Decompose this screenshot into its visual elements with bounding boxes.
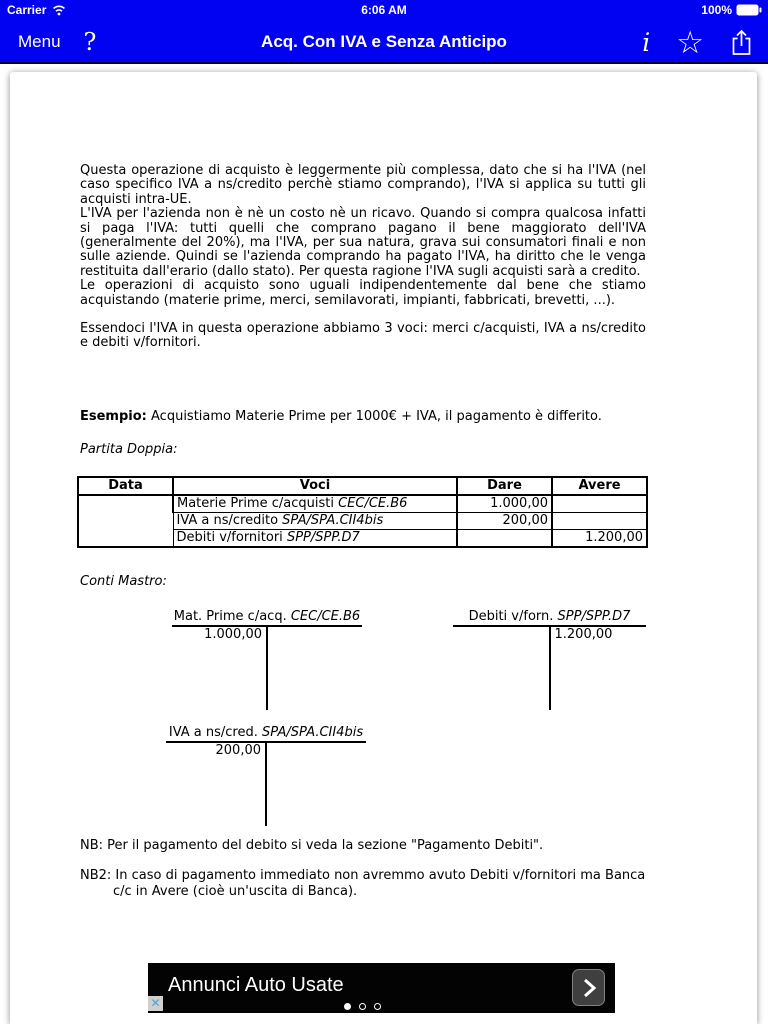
t-account-line (549, 627, 551, 710)
t-account-title: Mat. Prime c/acq. CEC/CE.B6 (172, 609, 362, 627)
t-account-avere-value: 1.200,00 (555, 628, 613, 642)
battery-icon (736, 4, 762, 16)
body-paragraph: Essendoci l'IVA in questa operazione abb… (80, 322, 646, 351)
avere-cell (552, 495, 647, 513)
t-account-dare-value: 1.000,00 (204, 628, 262, 642)
t-account-line (266, 627, 268, 710)
ad-close-button[interactable]: ✕ (148, 996, 163, 1011)
ad-title[interactable]: Annunci Auto Usate (168, 974, 344, 997)
conti-mastro-section: Mat. Prime c/acq. CEC/CE.B6 1.000,00 Deb… (80, 609, 646, 824)
col-header-avere: Avere (552, 477, 647, 495)
share-icon[interactable] (730, 29, 753, 56)
carousel-dot (374, 1003, 381, 1010)
document-content: Questa operazione di acquisto è leggerme… (80, 164, 646, 899)
ad-banner[interactable]: Annunci Auto Usate ✕ (148, 963, 615, 1013)
carousel-dot-active (344, 1003, 351, 1010)
col-header-dare: Dare (457, 477, 552, 495)
ad-next-button[interactable] (572, 969, 605, 1006)
favorite-star-icon[interactable]: ☆ (676, 27, 704, 58)
chevron-right-icon (581, 977, 597, 999)
conti-mastro-label: Conti Mastro: (80, 574, 646, 590)
ad-carousel-dots (344, 1003, 381, 1010)
t-account-dare-value: 200,00 (216, 744, 262, 758)
col-header-voci: Voci (173, 477, 457, 495)
nb2-note: NB2: In caso di pagamento immediato non … (80, 868, 646, 899)
t-account-title: IVA a ns/cred. SPA/SPA.CII4bis (166, 725, 366, 743)
t-account: Debiti v/forn. SPP/SPP.D7 1.200,00 (453, 609, 646, 710)
document-sheet: Questa operazione di acquisto è leggerme… (10, 72, 757, 1024)
avere-cell (552, 512, 647, 529)
voce-cell: Materie Prime c/acquisti CEC/CE.B6 (173, 495, 457, 513)
partita-doppia-label: Partita Doppia: (80, 442, 646, 458)
help-icon[interactable]: ? (84, 30, 97, 54)
info-icon[interactable]: i (642, 30, 650, 55)
t-account: Mat. Prime c/acq. CEC/CE.B6 1.000,00 (172, 609, 362, 710)
status-bar: Carrier 6:06 AM 100% (0, 0, 768, 20)
status-time: 6:06 AM (0, 0, 768, 20)
menu-button[interactable]: Menu (18, 32, 61, 52)
t-account: IVA a ns/cred. SPA/SPA.CII4bis 200,00 (166, 725, 366, 826)
esempio-text: Acquistiamo Materie Prime per 1000€ + IV… (151, 409, 602, 424)
t-account-line (265, 743, 267, 826)
voce-cell: IVA a ns/credito SPA/SPA.CII4bis (173, 512, 457, 529)
esempio-line: Esempio: Acquistiamo Materie Prime per 1… (80, 409, 646, 425)
body-paragraph: Le operazioni di acquisto sono uguali in… (80, 279, 646, 308)
battery-percent: 100% (701, 3, 732, 17)
nav-bar: Menu ? Acq. Con IVA e Senza Anticipo i ☆ (0, 20, 768, 64)
partita-doppia-table: Data Voci Dare Avere Materie Prime c/acq… (77, 476, 648, 548)
table-row: Materie Prime c/acquisti CEC/CE.B6 1.000… (78, 495, 647, 513)
carousel-dot (359, 1003, 366, 1010)
col-header-data: Data (78, 477, 173, 495)
body-paragraph: L'IVA per l'azienda non è nè un costo nè… (80, 207, 646, 279)
dare-cell (457, 529, 552, 547)
t-account-title: Debiti v/forn. SPP/SPP.D7 (453, 609, 646, 627)
avere-cell: 1.200,00 (552, 529, 647, 547)
esempio-label: Esempio: (80, 409, 147, 424)
nb-note: NB: Per il pagamento del debito si veda … (80, 838, 646, 854)
data-cell (78, 495, 173, 547)
dare-cell: 200,00 (457, 512, 552, 529)
body-paragraph: Questa operazione di acquisto è leggerme… (80, 164, 646, 207)
voce-cell: Debiti v/fornitori SPP/SPP.D7 (173, 529, 457, 547)
dare-cell: 1.000,00 (457, 495, 552, 513)
page-title: Acq. Con IVA e Senza Anticipo (120, 20, 648, 64)
